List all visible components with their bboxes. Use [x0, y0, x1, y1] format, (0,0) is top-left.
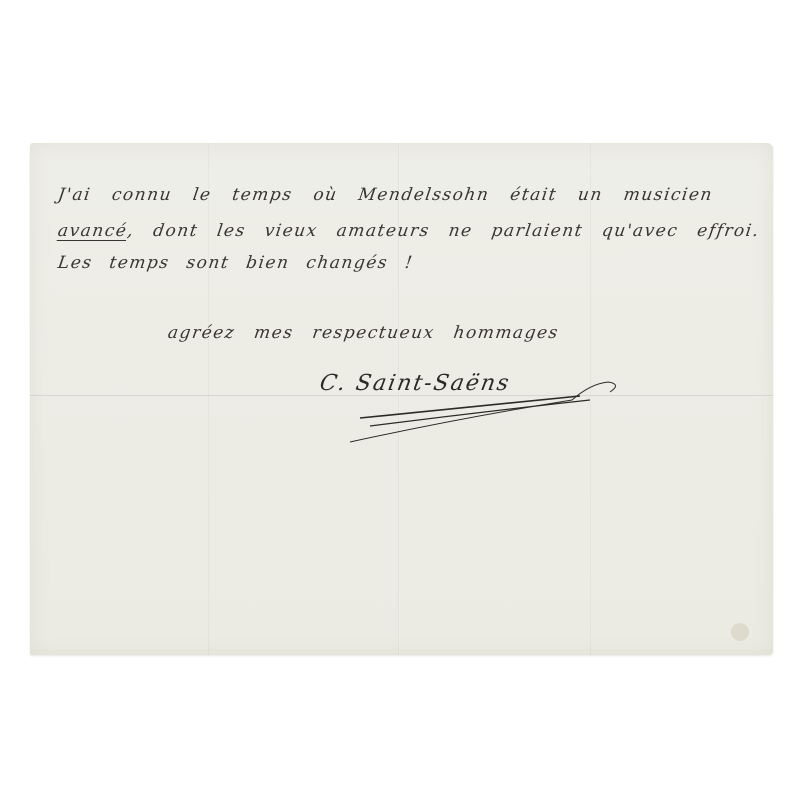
- letter-line-2-text: dont les vieux amateurs ne parlaient qu'…: [152, 221, 761, 241]
- letter-paper: J'ai connu le temps où Mendelssohn était…: [30, 143, 773, 655]
- signature-flourish: [340, 378, 640, 448]
- letter-line-3: Les temps sont bien changés !: [57, 253, 415, 273]
- separator: ,: [126, 221, 136, 241]
- paper-stain: [731, 623, 749, 641]
- letter-line-2: avancé, dont les vieux amateurs ne parla…: [57, 221, 761, 241]
- vertical-fold-left: [208, 143, 209, 655]
- underlined-word: avancé: [57, 221, 129, 241]
- letter-line-1: J'ai connu le temps où Mendelssohn était…: [57, 185, 715, 205]
- closing-line: agréez mes respectueux hommages: [167, 323, 561, 343]
